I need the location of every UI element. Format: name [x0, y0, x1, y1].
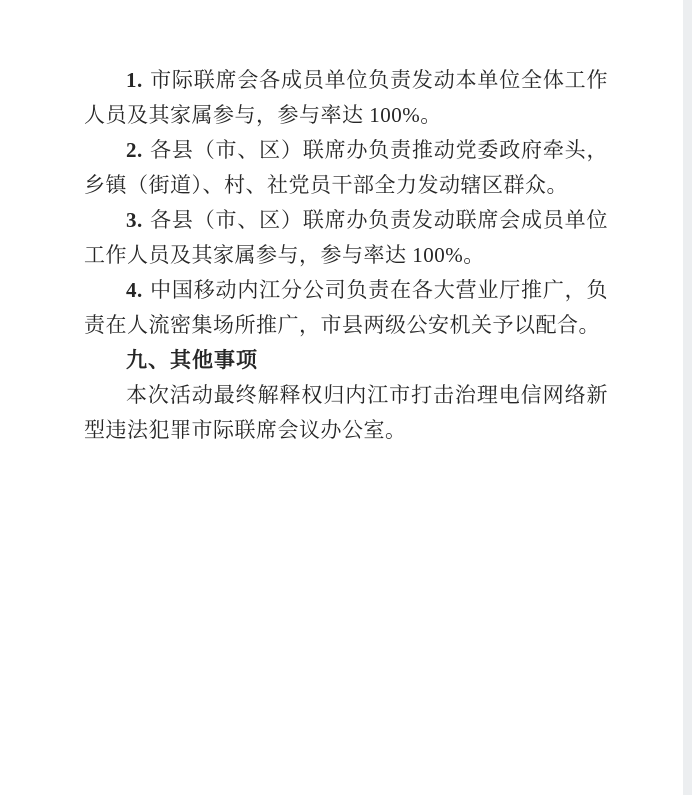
paragraph-number: 3.	[126, 208, 143, 232]
page-edge-strip	[683, 0, 692, 795]
paragraph-number: 2.	[126, 138, 143, 162]
numbered-paragraph-3: 3.各县（市、区）联席办负责发动联席会成员单位工作人员及其家属参与，参与率达 1…	[84, 203, 608, 273]
paragraph-text: 市际联席会各成员单位负责发动本单位全体工作人员及其家属参与，参与率达 100%。	[84, 68, 608, 127]
numbered-paragraph-4: 4.中国移动内江分公司负责在各大营业厅推广，负责在人流密集场所推广，市县两级公安…	[84, 273, 608, 343]
numbered-paragraph-2: 2.各县（市、区）联席办负责推动党委政府牵头，乡镇（街道）、村、社党员干部全力发…	[84, 133, 608, 203]
paragraph-text: 各县（市、区）联席办负责发动联席会成员单位工作人员及其家属参与，参与率达 100…	[84, 208, 608, 267]
paragraph-number: 4.	[126, 278, 143, 302]
closing-paragraph: 本次活动最终解释权归内江市打击治理电信网络新型违法犯罪市际联席会议办公室。	[84, 378, 608, 448]
document-page: 1.市际联席会各成员单位负责发动本单位全体工作人员及其家属参与，参与率达 100…	[0, 0, 692, 795]
paragraph-text: 各县（市、区）联席办负责推动党委政府牵头，乡镇（街道）、村、社党员干部全力发动辖…	[84, 138, 608, 197]
paragraph-number: 1.	[126, 68, 143, 92]
document-content: 1.市际联席会各成员单位负责发动本单位全体工作人员及其家属参与，参与率达 100…	[84, 63, 608, 448]
paragraph-text: 中国移动内江分公司负责在各大营业厅推广，负责在人流密集场所推广，市县两级公安机关…	[84, 278, 608, 337]
section-heading: 九、其他事项	[84, 343, 608, 378]
numbered-paragraph-1: 1.市际联席会各成员单位负责发动本单位全体工作人员及其家属参与，参与率达 100…	[84, 63, 608, 133]
